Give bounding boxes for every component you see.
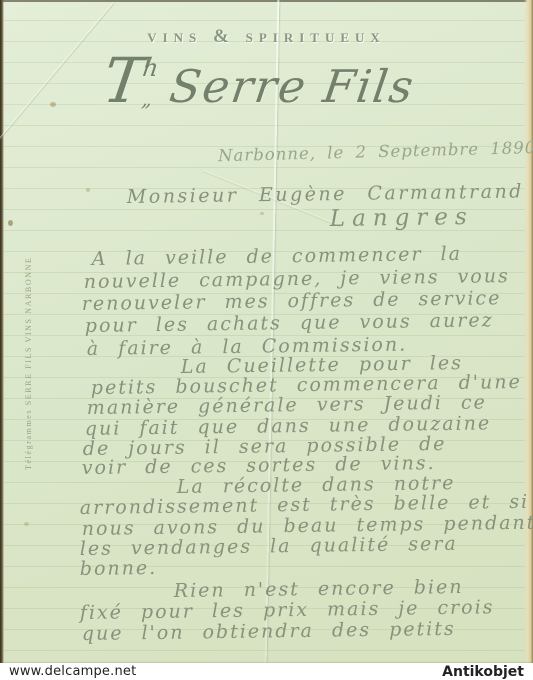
letter-line: que l'on obtiendra des petits	[82, 618, 456, 645]
watermark-right-text: Antikobjet	[442, 664, 524, 680]
paper-edge-top	[0, 0, 533, 2]
foxing-spot	[260, 212, 264, 215]
company-superscript: h	[141, 54, 160, 82]
foxing-spot	[8, 220, 13, 226]
paper-edge-right	[524, 0, 533, 663]
company-underdots: „	[140, 87, 154, 111]
foxing-spot	[24, 522, 29, 526]
letter-line: les vendanges la qualité sera	[80, 533, 458, 560]
watermark-band: www.delcampe.net Antikobjet	[0, 663, 533, 680]
letter-line: bonne.	[80, 557, 158, 580]
dateline: Narbonne, le 2 Septembre 1890.	[218, 138, 533, 165]
watermark-left-text: www.delcampe.net	[9, 664, 136, 679]
recipient-city: Langres	[330, 204, 474, 232]
letterhead-category: VINS & SPIRITUEUX	[0, 26, 533, 48]
letter-line: pour les achats que vous aurez	[85, 309, 494, 337]
company-rest: Serre Fils	[166, 60, 418, 113]
foxing-spot	[86, 188, 90, 192]
letter-page: VINS & SPIRITUEUX Th„Serre Fils Narbonne…	[0, 0, 533, 680]
company-name: Th„Serre Fils	[0, 50, 523, 113]
telegraph-address-vertical: Télégrammes SERRE FILS VINS NARBONNE	[24, 278, 33, 470]
